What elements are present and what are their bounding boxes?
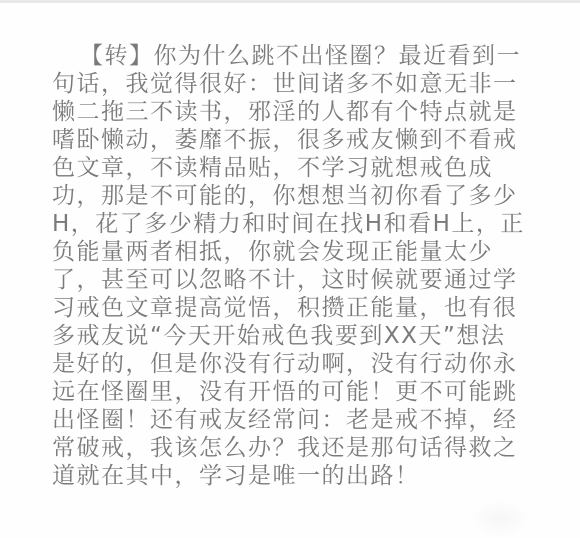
text-line: 常破戒，我该怎么办？我还是那句话得救之 [52,434,542,462]
text-line: 道就在其中，学习是唯一的出路！ [52,462,542,490]
text-line: 是好的，但是你没有行动啊，没有行动你永 [52,350,542,378]
text-line: 习戒色文章提高觉悟，积攒正能量，也有很 [52,294,542,322]
text-line: 远在怪圈里，没有开悟的可能！更不可能跳 [52,378,542,406]
text-line: H，花了多少精力和时间在找H和看H上，正 [52,210,542,238]
text-line: 出怪圈！还有戒友经常问：老是戒不掉，经 [52,406,542,434]
text-line: 色文章，不读精品贴，不学习就想戒色成 [52,154,542,182]
text-line: 【转】你为什么跳不出怪圈？最近看到一 [52,42,542,70]
watermark-smudge [470,500,530,538]
text-line: 负能量两者相抵，你就会发现正能量太少 [52,238,542,266]
top-divider-bar [0,0,580,3]
article-text-block: 【转】你为什么跳不出怪圈？最近看到一 句话，我觉得很好：世间诸多不如意无非一 懒… [52,42,542,490]
text-line: 懒二拖三不读书，邪淫的人都有个特点就是 [52,98,542,126]
text-line: 功，那是不可能的，你想想当初你看了多少 [52,182,542,210]
text-line: 嗜卧懒动，萎靡不振，很多戒友懒到不看戒 [52,126,542,154]
text-line: 多戒友说“今天开始戒色我要到XX天”想法 [52,322,542,350]
text-line: 了，甚至可以忽略不计，这时候就要通过学 [52,266,542,294]
text-line: 句话，我觉得很好：世间诸多不如意无非一 [52,70,542,98]
